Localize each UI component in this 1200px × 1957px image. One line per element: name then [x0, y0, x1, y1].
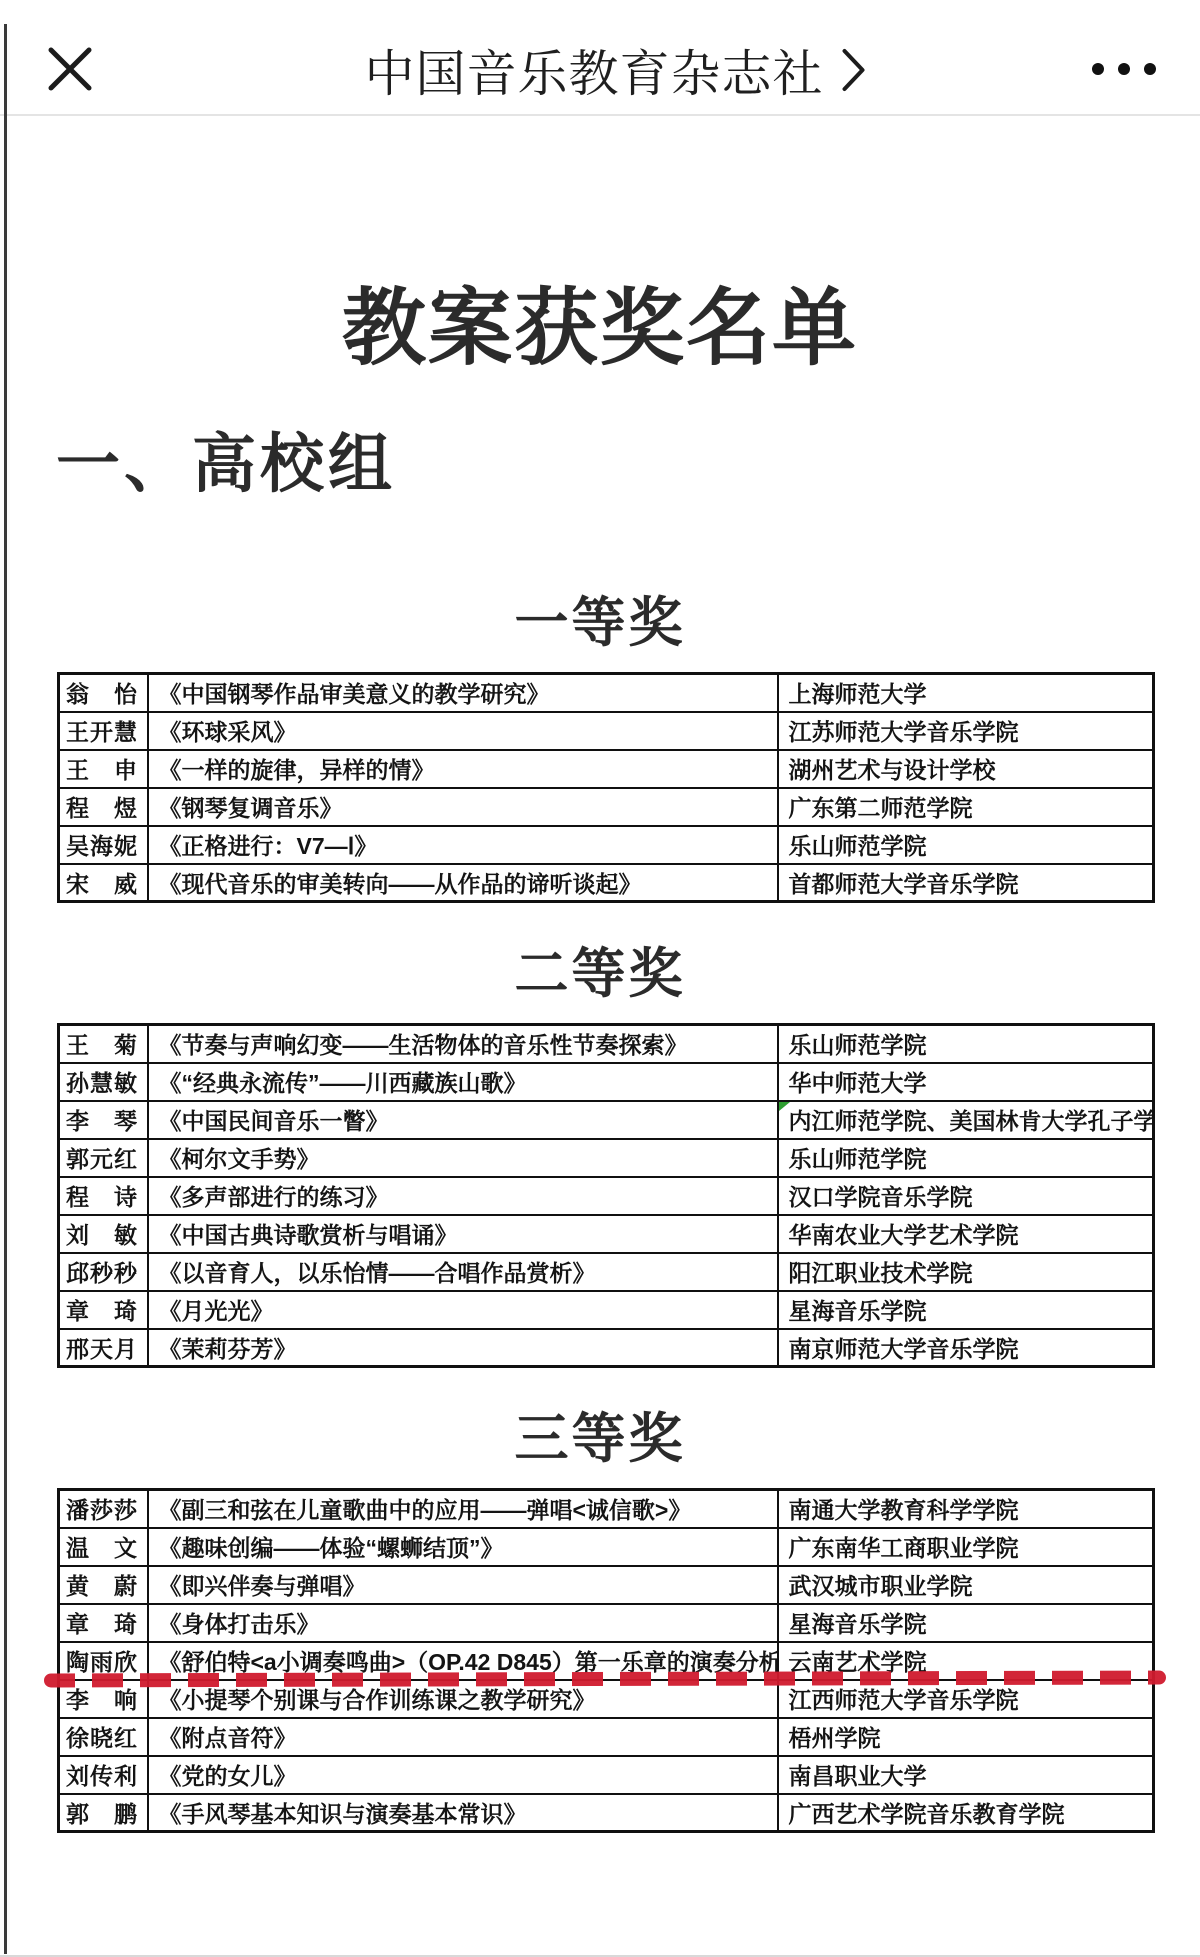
table-row: 刘 敏《中国古典诗歌赏析与唱诵》华南农业大学艺术学院 [59, 1215, 1154, 1253]
work-title: 《即兴伴奏与弹唱》 [148, 1566, 778, 1604]
table-row: 章 琦《身体打击乐》星海音乐学院 [59, 1604, 1154, 1642]
winner-name: 潘莎莎 [59, 1490, 148, 1528]
table-row: 郭 鹏《手风琴基本知识与演奏基本常识》广西艺术学院音乐教育学院 [59, 1794, 1154, 1832]
work-title: 《茉莉芬芳》 [148, 1329, 778, 1367]
institution: 湖州艺术与设计学校 [778, 750, 1154, 788]
institution: 南京师范大学音乐学院 [778, 1329, 1154, 1367]
institution: 首都师范大学音乐学院 [778, 864, 1154, 902]
winner-name: 王 菊 [59, 1025, 148, 1063]
work-title: 《趣味创编——体验“螺蛳结顶”》 [148, 1528, 778, 1566]
table-row: 潘莎莎《副三和弦在儿童歌曲中的应用——弹唱<诚信歌>》南通大学教育科学学院 [59, 1490, 1154, 1528]
table-row: 程 煜《钢琴复调音乐》广东第二师范学院 [59, 788, 1154, 826]
prize-group-first: 一等奖 翁 怡《中国钢琴作品审美意义的教学研究》上海师范大学王开慧《环球采风》江… [0, 596, 1200, 903]
close-icon [45, 44, 95, 94]
table-row: 郭元红《柯尔文手势》乐山师范学院 [59, 1139, 1154, 1177]
winner-name: 翁 怡 [59, 674, 148, 712]
table-row: 王 申《一样的旋律，异样的情》湖州艺术与设计学校 [59, 750, 1154, 788]
prize-table-wrap: 翁 怡《中国钢琴作品审美意义的教学研究》上海师范大学王开慧《环球采风》江苏师范大… [57, 672, 1152, 903]
winner-name: 温 文 [59, 1528, 148, 1566]
prize-table: 潘莎莎《副三和弦在儿童歌曲中的应用——弹唱<诚信歌>》南通大学教育科学学院温 文… [57, 1488, 1155, 1833]
institution: 江西师范大学音乐学院 [778, 1680, 1154, 1718]
work-title: 《正格进行：V7—Ⅰ》 [148, 826, 778, 864]
winner-name: 刘 敏 [59, 1215, 148, 1253]
work-title: 《附点音符》 [148, 1718, 778, 1756]
institution: 南昌职业大学 [778, 1756, 1154, 1794]
ellipsis-dot [1092, 63, 1104, 75]
winner-name: 孙慧敏 [59, 1063, 148, 1101]
table-row: 陶雨欣《舒伯特<a小调奏鸣曲>（OP.42 D845）第一乐章的演奏分析探究》云… [59, 1642, 1154, 1680]
work-title: 《小提琴个别课与合作训练课之教学研究》 [148, 1680, 778, 1718]
winner-name: 黄 蔚 [59, 1566, 148, 1604]
prize-heading: 一等奖 [0, 596, 1200, 650]
prize-table-wrap: 王 菊《节奏与声响幻变——生活物体的音乐性节奏探索》乐山师范学院孙慧敏《“经典永… [57, 1023, 1152, 1368]
winner-name: 王 申 [59, 750, 148, 788]
work-title: 《中国钢琴作品审美意义的教学研究》 [148, 674, 778, 712]
work-title: 《一样的旋律，异样的情》 [148, 750, 778, 788]
winner-name: 吴海妮 [59, 826, 148, 864]
institution: 华中师范大学 [778, 1063, 1154, 1101]
ellipsis-dot [1144, 63, 1156, 75]
table-row: 李 琴《中国民间音乐一瞥》内江师范学院、美国林肯大学孔子学院 [59, 1101, 1154, 1139]
table-row: 邢天月《茉莉芬芳》南京师范大学音乐学院 [59, 1329, 1154, 1367]
work-title: 《“经典永流传”——川西藏族山歌》 [148, 1063, 778, 1101]
institution: 内江师范学院、美国林肯大学孔子学院 [778, 1101, 1154, 1139]
institution: 南通大学教育科学学院 [778, 1490, 1154, 1528]
account-name: 中国音乐教育杂志社 [365, 34, 824, 106]
winner-name: 郭 鹏 [59, 1794, 148, 1832]
table-row: 翁 怡《中国钢琴作品审美意义的教学研究》上海师范大学 [59, 674, 1154, 712]
table-row: 吴海妮《正格进行：V7—Ⅰ》乐山师范学院 [59, 826, 1154, 864]
table-row: 邱秒秒《以音育人，以乐怡情——合唱作品赏析》阳江职业技术学院 [59, 1253, 1154, 1291]
work-title: 《柯尔文手势》 [148, 1139, 778, 1177]
work-title: 《现代音乐的审美转向——从作品的谛听谈起》 [148, 864, 778, 902]
page-left-edge-line [4, 24, 7, 1954]
section-heading: 一、高校组 [56, 432, 1200, 496]
table-row: 章 琦《月光光》星海音乐学院 [59, 1291, 1154, 1329]
work-title: 《环球采风》 [148, 712, 778, 750]
close-button[interactable] [44, 43, 96, 95]
prize-table: 翁 怡《中国钢琴作品审美意义的教学研究》上海师范大学王开慧《环球采风》江苏师范大… [57, 672, 1155, 903]
winner-name: 李 响 [59, 1680, 148, 1718]
institution: 阳江职业技术学院 [778, 1253, 1154, 1291]
more-menu-button[interactable] [1092, 43, 1156, 95]
winner-name: 李 琴 [59, 1101, 148, 1139]
document-title: 教案获奖名单 [0, 286, 1200, 370]
winner-name: 王开慧 [59, 712, 148, 750]
wechat-article-view: { "topbar": { "close_icon": "close-x", "… [0, 0, 1200, 1957]
prize-heading: 三等奖 [0, 1412, 1200, 1466]
work-title: 《以音育人，以乐怡情——合唱作品赏析》 [148, 1253, 778, 1291]
winner-name: 邱秒秒 [59, 1253, 148, 1291]
work-title: 《舒伯特<a小调奏鸣曲>（OP.42 D845）第一乐章的演奏分析探究》 [148, 1642, 778, 1680]
prize-table-wrap: 潘莎莎《副三和弦在儿童歌曲中的应用——弹唱<诚信歌>》南通大学教育科学学院温 文… [57, 1488, 1152, 1833]
table-row: 黄 蔚《即兴伴奏与弹唱》武汉城市职业学院 [59, 1566, 1154, 1604]
work-title: 《月光光》 [148, 1291, 778, 1329]
winner-name: 章 琦 [59, 1291, 148, 1329]
work-title: 《手风琴基本知识与演奏基本常识》 [148, 1794, 778, 1832]
work-title: 《副三和弦在儿童歌曲中的应用——弹唱<诚信歌>》 [148, 1490, 778, 1528]
work-title: 《中国古典诗歌赏析与唱诵》 [148, 1215, 778, 1253]
winner-name: 陶雨欣 [59, 1642, 148, 1680]
work-title: 《中国民间音乐一瞥》 [148, 1101, 778, 1139]
institution: 华南农业大学艺术学院 [778, 1215, 1154, 1253]
chevron-right-icon [842, 47, 866, 93]
prize-table: 王 菊《节奏与声响幻变——生活物体的音乐性节奏探索》乐山师范学院孙慧敏《“经典永… [57, 1023, 1155, 1368]
winner-name: 刘传利 [59, 1756, 148, 1794]
account-title-button[interactable]: 中国音乐教育杂志社 [365, 24, 866, 116]
institution: 乐山师范学院 [778, 1025, 1154, 1063]
institution: 乐山师范学院 [778, 826, 1154, 864]
institution: 江苏师范大学音乐学院 [778, 712, 1154, 750]
institution: 云南艺术学院 [778, 1642, 1154, 1680]
table-row: 温 文《趣味创编——体验“螺蛳结顶”》广东南华工商职业学院 [59, 1528, 1154, 1566]
institution: 星海音乐学院 [778, 1604, 1154, 1642]
institution: 广东南华工商职业学院 [778, 1528, 1154, 1566]
institution: 星海音乐学院 [778, 1291, 1154, 1329]
ellipsis-dot [1118, 63, 1130, 75]
winner-name: 章 琦 [59, 1604, 148, 1642]
app-top-bar: 中国音乐教育杂志社 [0, 0, 1200, 116]
article-content: 教案获奖名单 一、高校组 一等奖 翁 怡《中国钢琴作品审美意义的教学研究》上海师… [0, 286, 1200, 1833]
institution: 汉口学院音乐学院 [778, 1177, 1154, 1215]
institution: 梧州学院 [778, 1718, 1154, 1756]
table-row: 王开慧《环球采风》江苏师范大学音乐学院 [59, 712, 1154, 750]
work-title: 《钢琴复调音乐》 [148, 788, 778, 826]
table-row: 程 诗《多声部进行的练习》汉口学院音乐学院 [59, 1177, 1154, 1215]
table-row: 李 响《小提琴个别课与合作训练课之教学研究》江西师范大学音乐学院 [59, 1680, 1154, 1718]
winner-name: 郭元红 [59, 1139, 148, 1177]
prize-group-second: 二等奖 王 菊《节奏与声响幻变——生活物体的音乐性节奏探索》乐山师范学院孙慧敏《… [0, 947, 1200, 1368]
work-title: 《多声部进行的练习》 [148, 1177, 778, 1215]
work-title: 《党的女儿》 [148, 1756, 778, 1794]
winner-name: 程 诗 [59, 1177, 148, 1215]
work-title: 《身体打击乐》 [148, 1604, 778, 1642]
table-row: 王 菊《节奏与声响幻变——生活物体的音乐性节奏探索》乐山师范学院 [59, 1025, 1154, 1063]
winner-name: 徐晓红 [59, 1718, 148, 1756]
winner-name: 程 煜 [59, 788, 148, 826]
table-row: 孙慧敏《“经典永流传”——川西藏族山歌》华中师范大学 [59, 1063, 1154, 1101]
work-title: 《节奏与声响幻变——生活物体的音乐性节奏探索》 [148, 1025, 778, 1063]
winner-name: 邢天月 [59, 1329, 148, 1367]
table-row: 宋 威《现代音乐的审美转向——从作品的谛听谈起》首都师范大学音乐学院 [59, 864, 1154, 902]
institution: 乐山师范学院 [778, 1139, 1154, 1177]
winner-name: 宋 威 [59, 864, 148, 902]
prize-heading: 二等奖 [0, 947, 1200, 1001]
prize-group-third: 三等奖 潘莎莎《副三和弦在儿童歌曲中的应用——弹唱<诚信歌>》南通大学教育科学学… [0, 1412, 1200, 1833]
institution: 广西艺术学院音乐教育学院 [778, 1794, 1154, 1832]
table-row: 刘传利《党的女儿》南昌职业大学 [59, 1756, 1154, 1794]
institution: 广东第二师范学院 [778, 788, 1154, 826]
institution: 上海师范大学 [778, 674, 1154, 712]
table-row: 徐晓红《附点音符》梧州学院 [59, 1718, 1154, 1756]
institution: 武汉城市职业学院 [778, 1566, 1154, 1604]
